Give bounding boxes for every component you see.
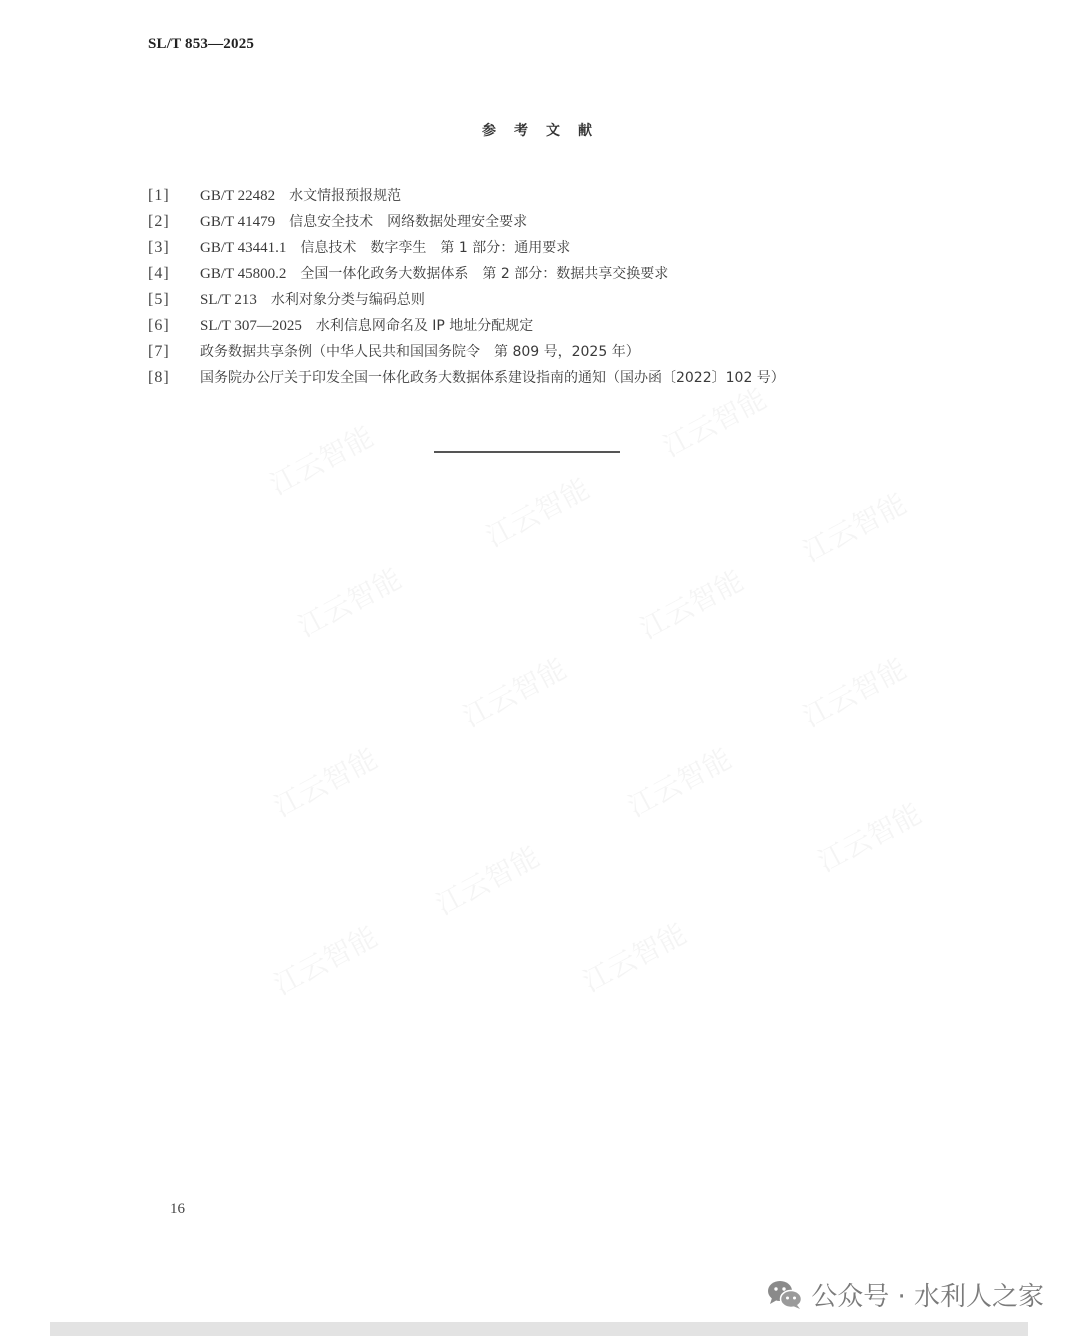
watermark-text: 江云智能 bbox=[266, 915, 384, 1003]
watermark-text: 江云智能 bbox=[795, 647, 913, 735]
watermark-text: 江云智能 bbox=[262, 415, 380, 503]
watermark-text: 江云智能 bbox=[266, 737, 384, 825]
reference-title: 政务数据共享条例（中华人民共和国国务院令 第 809 号，2025 年） bbox=[200, 344, 640, 360]
reference-code: GB/T 45800.2 bbox=[200, 266, 286, 282]
reference-title: 水文情报预报规范 bbox=[289, 188, 401, 204]
reference-title: 水利对象分类与编码总则 bbox=[271, 292, 425, 308]
reference-number: [7] bbox=[148, 339, 200, 365]
bottom-bar bbox=[50, 1322, 1028, 1336]
reference-item: [5] SL/T 213 水利对象分类与编码总则 bbox=[148, 287, 785, 313]
section-title: 参考文献 bbox=[0, 120, 1074, 140]
watermark-text: 江云智能 bbox=[455, 647, 573, 735]
source-tag: 公众号 · 水利人之家 bbox=[767, 1276, 1044, 1313]
reference-code: GB/T 43441.1 bbox=[200, 240, 286, 256]
reference-title: 信息安全技术 网络数据处理安全要求 bbox=[289, 214, 527, 230]
watermark-text: 江云智能 bbox=[620, 737, 738, 825]
reference-list: [1] GB/T 22482 水文情报预报规范 [2] GB/T 41479 信… bbox=[148, 183, 785, 391]
standard-code: SL/T 853—2025 bbox=[148, 36, 254, 53]
wechat-icon bbox=[767, 1280, 803, 1310]
watermark-text: 江云智能 bbox=[632, 559, 750, 647]
page-number: 16 bbox=[170, 1201, 185, 1218]
watermark-text: 江云智能 bbox=[290, 557, 408, 645]
reference-title: 国务院办公厅关于印发全国一体化政务大数据体系建设指南的通知（国办函〔2022〕1… bbox=[200, 370, 785, 386]
reference-item: [2] GB/T 41479 信息安全技术 网络数据处理安全要求 bbox=[148, 209, 785, 235]
reference-item: [7] 政务数据共享条例（中华人民共和国国务院令 第 809 号，2025 年） bbox=[148, 339, 785, 365]
source-tag-label: 公众号 · 水利人之家 bbox=[811, 1276, 1044, 1313]
reference-code: SL/T 213 bbox=[200, 292, 257, 308]
watermark-text: 江云智能 bbox=[428, 835, 546, 923]
reference-item: [1] GB/T 22482 水文情报预报规范 bbox=[148, 183, 785, 209]
reference-title: 全国一体化政务大数据体系 第 2 部分：数据共享交换要求 bbox=[300, 266, 668, 282]
reference-item: [8] 国务院办公厅关于印发全国一体化政务大数据体系建设指南的通知（国办函〔20… bbox=[148, 365, 785, 391]
reference-code: GB/T 22482 bbox=[200, 188, 275, 204]
document-page: SL/T 853—2025 参考文献 [1] GB/T 22482 水文情报预报… bbox=[0, 0, 1080, 1336]
reference-number: [6] bbox=[148, 313, 200, 339]
reference-number: [1] bbox=[148, 183, 200, 209]
reference-number: [8] bbox=[148, 365, 200, 391]
watermark-text: 江云智能 bbox=[575, 912, 693, 1000]
reference-number: [5] bbox=[148, 287, 200, 313]
reference-item: [3] GB/T 43441.1 信息技术 数字孪生 第 1 部分：通用要求 bbox=[148, 235, 785, 261]
reference-number: [3] bbox=[148, 235, 200, 261]
reference-item: [4] GB/T 45800.2 全国一体化政务大数据体系 第 2 部分：数据共… bbox=[148, 261, 785, 287]
reference-title: 信息技术 数字孪生 第 1 部分：通用要求 bbox=[300, 240, 570, 256]
end-divider bbox=[434, 451, 620, 453]
watermark-text: 江云智能 bbox=[795, 482, 913, 570]
reference-item: [6] SL/T 307—2025 水利信息网命名及 IP 地址分配规定 bbox=[148, 313, 785, 339]
reference-code: GB/T 41479 bbox=[200, 214, 275, 230]
watermark-text: 江云智能 bbox=[810, 792, 928, 880]
reference-code: SL/T 307—2025 bbox=[200, 318, 302, 334]
reference-number: [2] bbox=[148, 209, 200, 235]
watermark-text: 江云智能 bbox=[478, 467, 596, 555]
reference-title: 水利信息网命名及 IP 地址分配规定 bbox=[316, 318, 533, 334]
reference-number: [4] bbox=[148, 261, 200, 287]
